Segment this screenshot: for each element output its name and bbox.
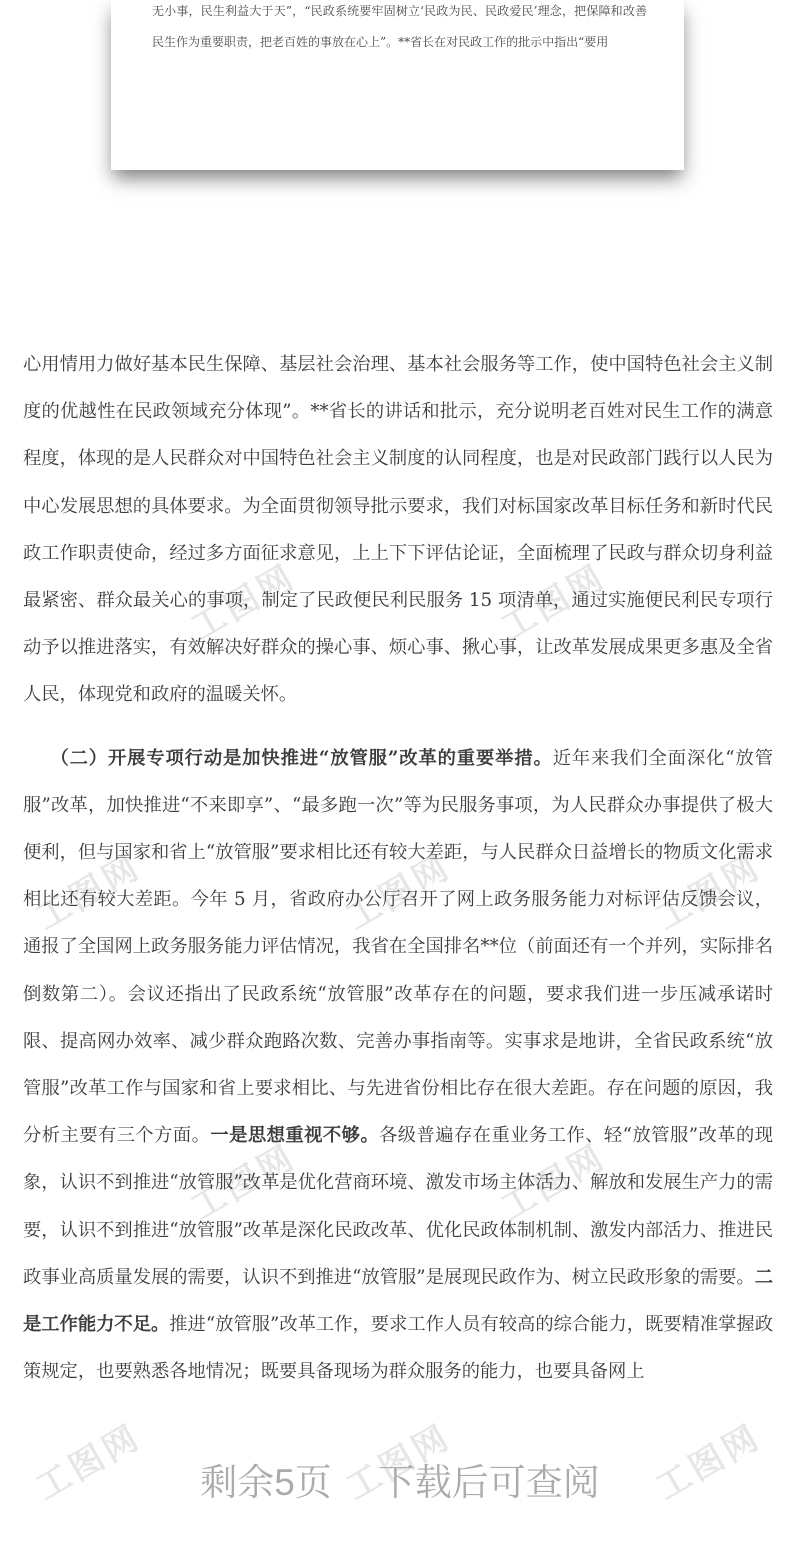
document-paragraph: 心用情用力做好基本民生保障、基层社会治理、基本社会服务等工作，使中国特色社会主义… <box>23 341 773 719</box>
document-body: 心用情用力做好基本民生保障、基层社会治理、基本社会服务等工作，使中国特色社会主义… <box>23 341 773 1395</box>
bold-run: （二）开展专项行动是加快推进“放管服”改革的重要举措。 <box>50 748 552 769</box>
previous-page-text: 无小事，民生利益大于天”，“民政系统要牢固树立‘民政为民、民政爱民’理念，把保障… <box>152 0 647 58</box>
text-run: 近年来我们全面深化“放管服”改革，加快推进“不来即享”、“最多跑一次”等为民服务… <box>23 748 773 1147</box>
footer-notice: 剩余5页 下载后可查阅 <box>0 1452 800 1506</box>
text-run: 心用情用力做好基本民生保障、基层社会治理、基本社会服务等工作，使中国特色社会主义… <box>23 354 773 705</box>
text-run: 各级普遍存在重业务工作、轻“放管服”改革的现象，认识不到推进“放管服”改革是优化… <box>23 1125 773 1288</box>
pages-remaining-label: 剩余5页 <box>200 1452 332 1506</box>
document-paragraph: （二）开展专项行动是加快推进“放管服”改革的重要举措。近年来我们全面深化“放管服… <box>23 735 773 1396</box>
previous-page-preview: 无小事，民生利益大于天”，“民政系统要牢固树立‘民政为民、民政爱民’理念，把保障… <box>111 0 684 170</box>
bold-run: 一是思想重视不够。 <box>210 1125 379 1146</box>
download-hint-label: 下载后可查阅 <box>378 1452 600 1506</box>
